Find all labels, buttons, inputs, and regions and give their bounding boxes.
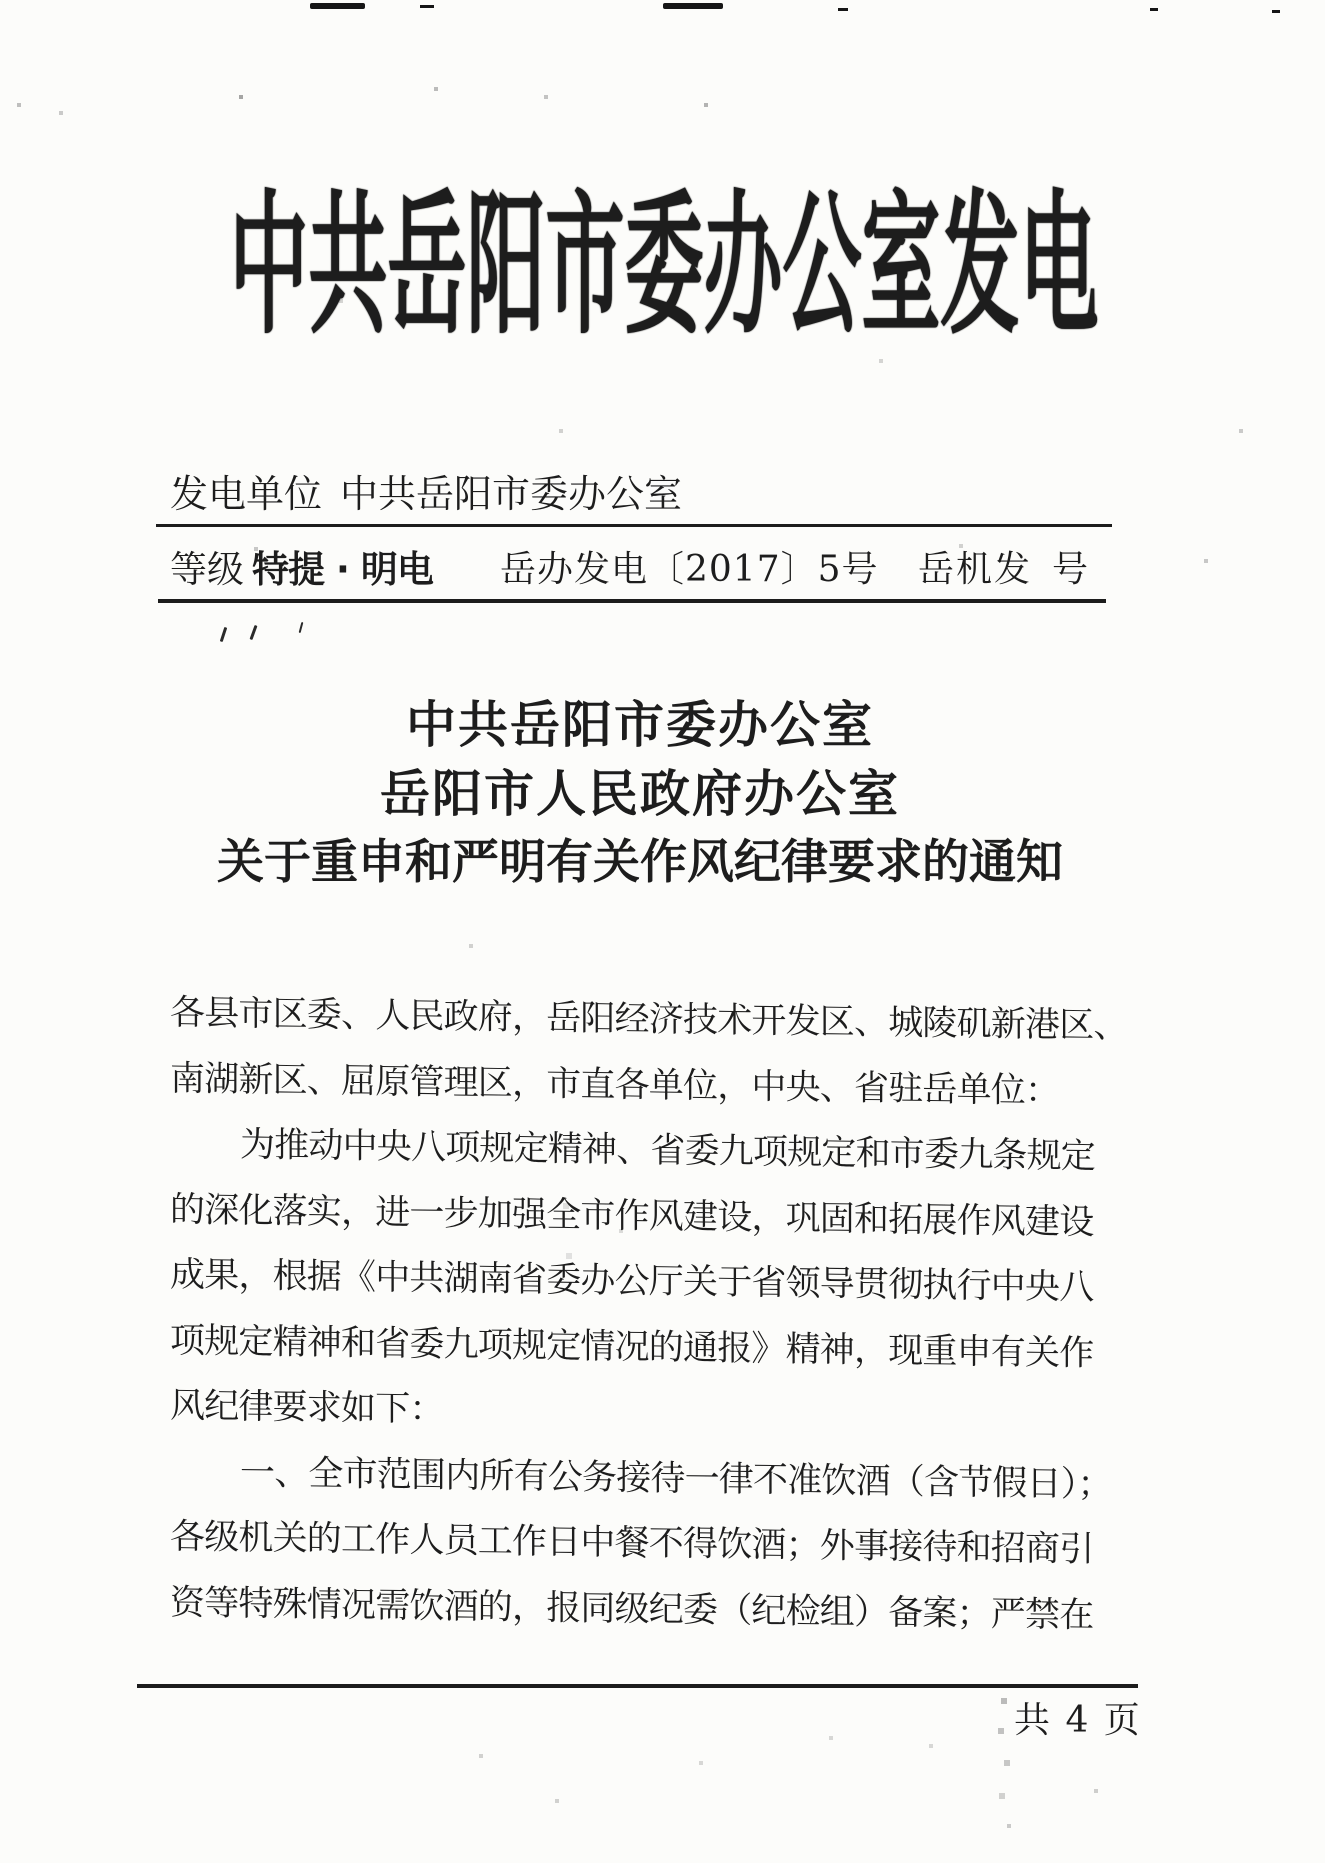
scan-noise-dash [1272,10,1280,13]
document-title-block: 中共岳阳市委办公室 岳阳市人民政府办公室 关于重申和严明有关作风纪律要求的通知 [140,690,1140,897]
scanned-telegram-page: 中共岳阳市委办公室发电 发电单位中共岳阳市委办公室 等级 特提 · 明电 岳办发… [0,0,1325,1863]
scan-noise-dash [838,8,848,11]
separator-rule-footer [137,1684,1138,1688]
grade-label: 等级 [170,550,244,590]
scan-noise-tick [220,627,227,642]
scan-noise-speckles [0,0,2,2]
sending-unit-value: 中共岳阳市委办公室 [340,472,682,516]
scan-noise-bar [310,3,365,9]
sending-unit-row: 发电单位中共岳阳市委办公室 [170,472,682,516]
ref-number-prefix: 岳机发 [918,550,1032,590]
scan-noise-dash [420,5,434,8]
masthead-title: 中共岳阳市委办公室发电 [209,188,1119,342]
title-line-1: 中共岳阳市委办公室 [140,690,1140,759]
scan-noise-tick [299,622,304,633]
scan-noise-tick [250,625,258,640]
grade-value: 特提 · 明电 [252,549,433,591]
body-line: 资等特殊情况需饮酒的，报同级纪委（纪检组）备案；严禁在 [170,1571,1160,1650]
sending-unit-label: 发电单位 [170,472,322,516]
document-number: 岳办发电〔2017〕5号 [500,550,879,590]
scan-noise-bar [663,3,723,9]
title-line-3: 关于重申和严明有关作风纪律要求的通知 [140,828,1140,897]
ref-number-suffix: 号 [1052,550,1088,590]
body-text-block: 各县市区委、人民政府，岳阳经济技术开发区、城陵矶新港区、 南湖新区、屈原管理区，… [170,981,1160,1650]
title-line-2: 岳阳市人民政府办公室 [140,759,1140,828]
separator-rule-middle [158,599,1106,603]
scan-noise-dash [1150,8,1158,11]
separator-rule-top [156,524,1112,527]
page-count: 共 4 页 [1014,1701,1142,1741]
